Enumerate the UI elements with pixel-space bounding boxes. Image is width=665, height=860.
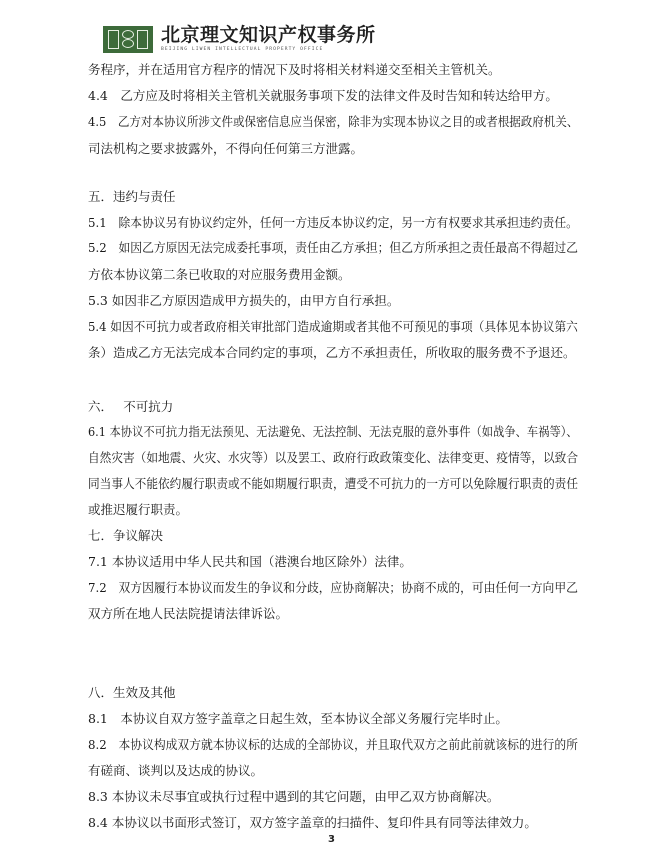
clause-line: 条）造成乙方无法完成本合同约定的事项，乙方不承担责任，所收取的服务费不予退还。 — [88, 346, 576, 360]
document-page: 北京理文知识产权事务所 BEIJING LIWEN INTELLECTUAL P… — [0, 0, 665, 860]
clause-line: 自然灾害（如地震、火灾、水灾等）以及罢工、政府行政政策变化、法律变更、疫情等，以… — [88, 451, 578, 465]
clause-line: 务程序，并在适用官方程序的情况下及时将相关材料递交至相关主管机关。 — [88, 63, 501, 77]
clause-line: 方依本协议第二条已收取的对应服务费用金额。 — [88, 268, 351, 282]
clause-line: 或推迟履行职责。 — [88, 503, 188, 517]
firm-name-cn: 北京理文知识产权事务所 — [161, 25, 376, 45]
clause-line: 司法机构之要求披露外，不得向任何第三方泄露。 — [88, 142, 363, 156]
clause-line: 8.1 本协议自双方签字盖章之日起生效，至本协议全部义务履行完毕时止。 — [88, 712, 508, 726]
clause-line: 4.5 乙方对本协议所涉文件或保密信息应当保密，除非为实现本协议之目的或者根据政… — [88, 115, 578, 129]
clause-line: 5.2 如因乙方原因无法完成委托事项，责任由乙方承担；但乙方所承担之责任最高不得… — [88, 241, 578, 255]
firm-name-en: BEIJING LIWEN INTELLECTUAL PROPERTY OFFI… — [161, 46, 376, 53]
logo-text: 北京理文知识产权事务所 BEIJING LIWEN INTELLECTUAL P… — [161, 25, 376, 53]
clause-line: 双方所在地人民法院提请法律诉讼。 — [88, 607, 288, 621]
clause-line: 5.4 如因不可抗力或者政府相关审批部门造成逾期或者其他不可预见的事项（具体见本… — [88, 320, 578, 334]
page-number: 3 — [328, 834, 335, 845]
clause-line: 7.2 双方因履行本协议而发生的争议和分歧，应协商解决；协商不成的，可由任何一方… — [88, 581, 578, 595]
clause-line: 8.2 本协议构成双方就本协议标的达成的全部协议，并且取代双方之前此前就该标的进… — [88, 738, 578, 752]
clause-line: 7.1 本协议适用中华人民共和国（港澳台地区除外）法律。 — [88, 555, 412, 569]
firm-logo: 北京理文知识产权事务所 BEIJING LIWEN INTELLECTUAL P… — [103, 25, 376, 53]
clause-line: 8.4 本协议以书面形式签订，双方签字盖章的扫描件、复印件具有同等法律效力。 — [88, 816, 537, 830]
clause-line: 5.3 如因非乙方原因造成甲方损失的，由甲方自行承担。 — [88, 294, 399, 308]
section-heading: 六． 不可抗力 — [88, 400, 173, 414]
clause-line: 8.3 本协议未尽事宜或执行过程中遇到的其它问题，由甲乙双方协商解决。 — [88, 790, 499, 804]
clause-line: 4.4 乙方应及时将相关主管机关就服务事项下发的法律文件及时告知和转达给甲方。 — [88, 89, 558, 103]
clause-line: 有磋商、谈判以及达成的协议。 — [88, 764, 263, 778]
clause-line: 6.1 本协议不可抗力指无法预见、无法避免、无法控制、无法克服的意外事件（如战争… — [88, 425, 578, 439]
clause-line: 同当事人不能依约履行职责或不能如期履行职责，遭受不可抗力的一方可以免除履行职责的… — [88, 477, 578, 491]
section-heading: 五．违约与责任 — [88, 190, 176, 204]
logo-mark-icon — [103, 26, 153, 53]
section-heading: 七．争议解决 — [88, 529, 163, 543]
section-heading: 八．生效及其他 — [88, 686, 176, 700]
clause-line: 5.1 除本协议另有协议约定外，任何一方违反本协议约定，另一方有权要求其承担违约… — [88, 216, 578, 230]
